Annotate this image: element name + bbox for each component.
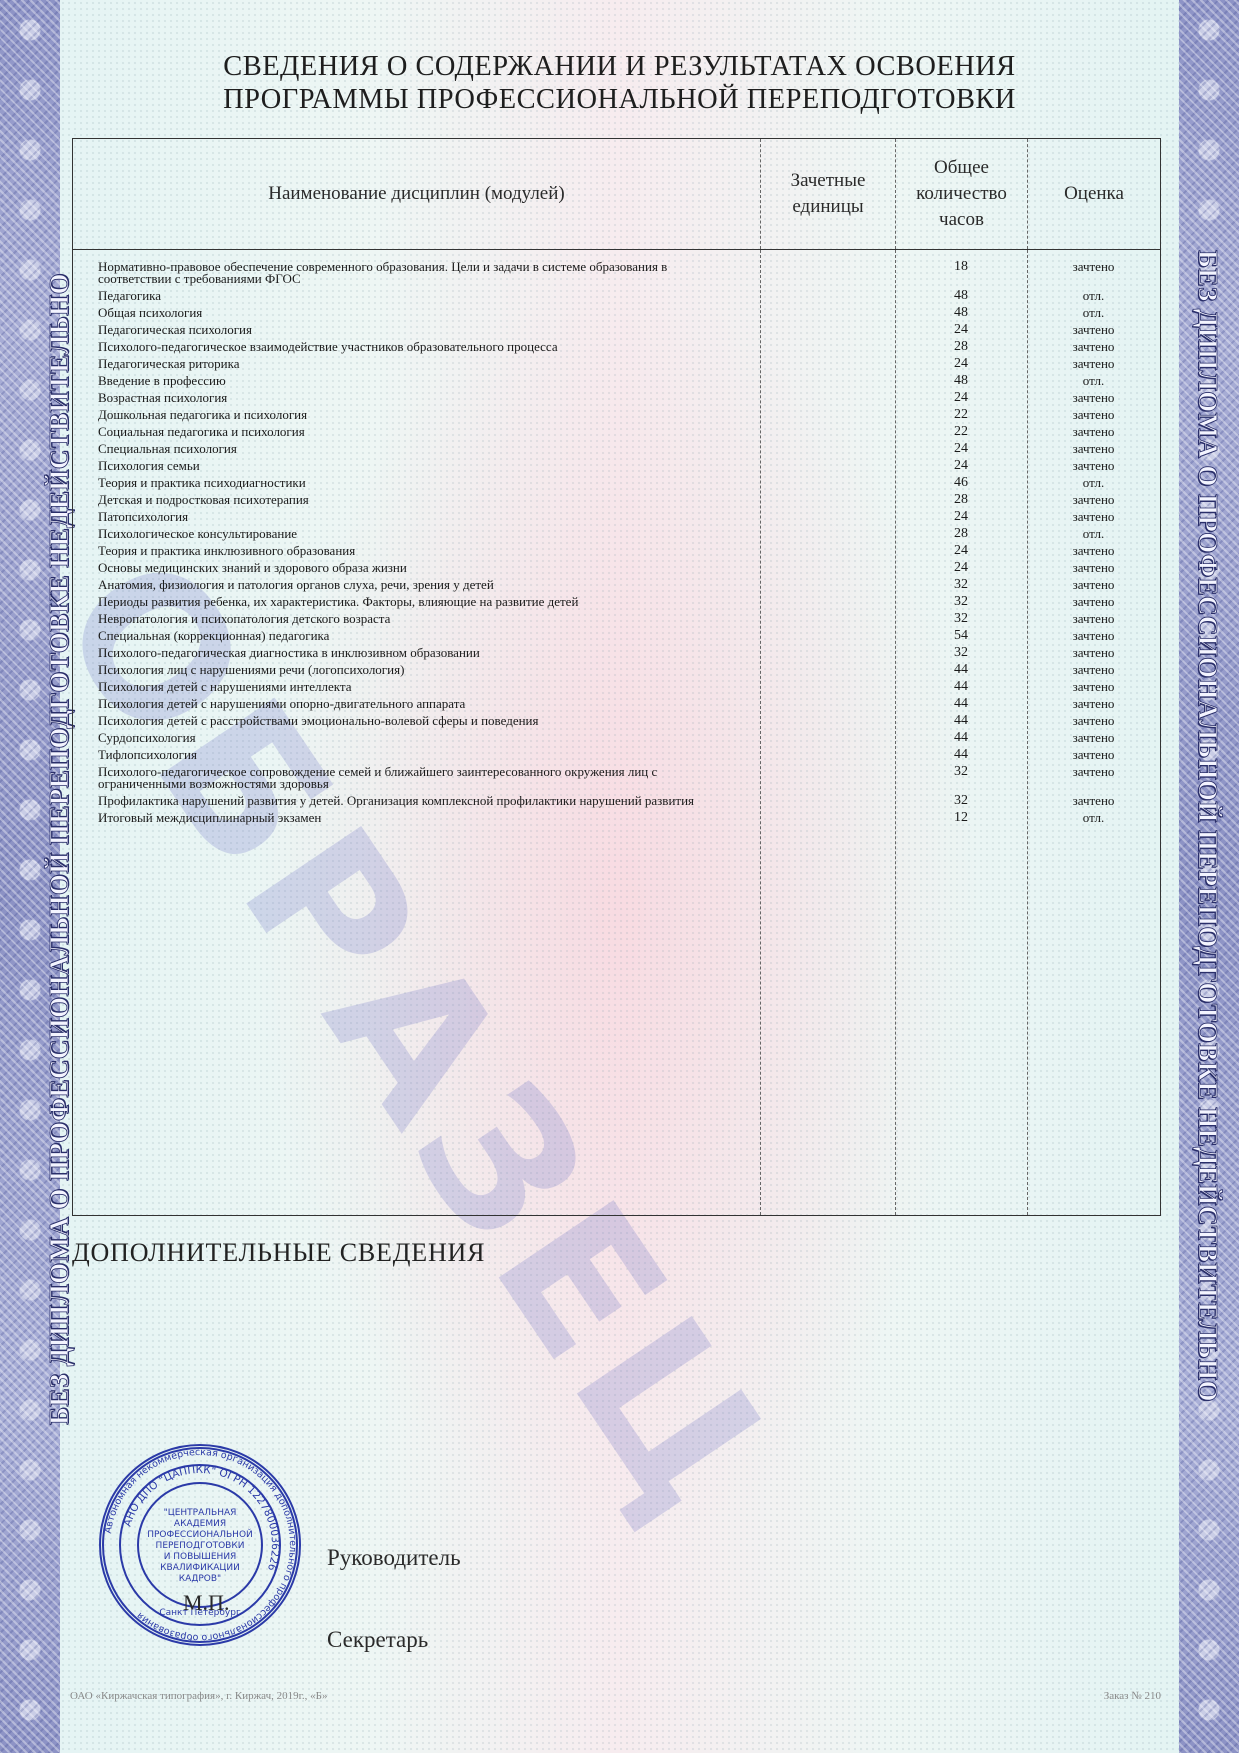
header-hours-line: Общее: [897, 155, 1026, 181]
table-row: Введение в профессию48отл.: [72, 375, 1160, 387]
grade: отл.: [1027, 812, 1160, 824]
total-hours: 18: [895, 261, 1027, 285]
svg-text:КАДРОВ": КАДРОВ": [179, 1574, 221, 1584]
credit-units: [760, 261, 895, 285]
order-number: Заказ № 210: [1104, 1690, 1161, 1702]
discipline-name: Возрастная психология: [72, 392, 742, 404]
credit-units: [760, 358, 895, 370]
table-row: Сурдопсихология44зачтено: [72, 732, 1160, 744]
credit-units: [760, 647, 895, 659]
grade: зачтено: [1027, 443, 1160, 455]
table-row: Теория и практика психодиагностики46отл.: [72, 477, 1160, 489]
table-row: Психолого-педагогическое взаимодействие …: [72, 341, 1160, 353]
credit-units: [760, 477, 895, 489]
svg-text:"ЦЕНТРАЛЬНАЯ: "ЦЕНТРАЛЬНАЯ: [164, 1508, 237, 1518]
table-row: Дошкольная педагогика и психология22зачт…: [72, 409, 1160, 421]
table-row: Анатомия, физиология и патология органов…: [72, 579, 1160, 591]
credit-units: [760, 562, 895, 574]
total-hours: 46: [895, 477, 1027, 489]
table-row: Периоды развития ребенка, их характерист…: [72, 596, 1160, 608]
grade: зачтено: [1027, 596, 1160, 608]
discipline-name: Педагогика: [72, 290, 742, 302]
table-row: Психология детей с нарушениями опорно-дв…: [72, 698, 1160, 710]
credit-units: [760, 545, 895, 557]
grade: зачтено: [1027, 647, 1160, 659]
table-row: Психолого-педагогическая диагностика в и…: [72, 647, 1160, 659]
credit-units: [760, 795, 895, 807]
grade: зачтено: [1027, 358, 1160, 370]
grade: отл.: [1027, 290, 1160, 302]
table-row: Специальная (коррекционная) педагогика54…: [72, 630, 1160, 642]
total-hours: 12: [895, 812, 1027, 824]
discipline-name: Дошкольная педагогика и психология: [72, 409, 742, 421]
header-credits-line: Зачетные: [762, 168, 894, 194]
grade: зачтено: [1027, 426, 1160, 438]
table-header-row: Наименование дисциплин (модулей) Зачетны…: [73, 139, 1161, 250]
total-hours: 24: [895, 392, 1027, 404]
table-row: Психолого-педагогическое сопровождение с…: [72, 766, 1160, 790]
total-hours: 32: [895, 795, 1027, 807]
total-hours: 24: [895, 460, 1027, 472]
total-hours: 44: [895, 664, 1027, 676]
discipline-name: Психология детей с нарушениями опорно-дв…: [72, 698, 742, 710]
table-row: Возрастная психология24зачтено: [72, 392, 1160, 404]
credit-units: [760, 528, 895, 540]
table-row: Теория и практика инклюзивного образован…: [72, 545, 1160, 557]
discipline-rows: Нормативно-правовое обеспечение современ…: [72, 261, 1160, 829]
svg-text:ПРОФЕССИОНАЛЬНОЙ: ПРОФЕССИОНАЛЬНОЙ: [147, 1528, 253, 1540]
table-row: Невропатология и психопатология детского…: [72, 613, 1160, 625]
discipline-name: Анатомия, физиология и патология органов…: [72, 579, 742, 591]
discipline-name: Психолого-педагогическое взаимодействие …: [72, 341, 742, 353]
table-row: Психологическое консультирование28отл.: [72, 528, 1160, 540]
grade: зачтено: [1027, 261, 1160, 285]
credit-units: [760, 664, 895, 676]
discipline-name: Теория и практика инклюзивного образован…: [72, 545, 742, 557]
header-total-hours: Общее количество часов: [896, 139, 1028, 250]
header-hours-line: часов: [897, 207, 1026, 233]
discipline-name: Психология лиц с нарушениями речи (логоп…: [72, 664, 742, 676]
credit-units: [760, 324, 895, 336]
right-security-border: БЕЗ ДИПЛОМА О ПРОФЕССИОНАЛЬНОЙ ПЕРЕПОДГО…: [1179, 0, 1239, 1753]
total-hours: 24: [895, 545, 1027, 557]
table-row: Психология детей с нарушениями интеллект…: [72, 681, 1160, 693]
discipline-name: Патопсихология: [72, 511, 742, 523]
grade: зачтено: [1027, 766, 1160, 790]
discipline-name: Детская и подростковая психотерапия: [72, 494, 742, 506]
svg-text:АКАДЕМИЯ: АКАДЕМИЯ: [174, 1519, 226, 1529]
total-hours: 28: [895, 528, 1027, 540]
total-hours: 32: [895, 596, 1027, 608]
discipline-name: Введение в профессию: [72, 375, 742, 387]
credit-units: [760, 443, 895, 455]
head-signature-label: Руководитель: [327, 1545, 461, 1571]
total-hours: 48: [895, 375, 1027, 387]
grade: отл.: [1027, 375, 1160, 387]
printer-imprint: ОАО «Киржачская типография», г. Киржач, …: [70, 1690, 328, 1702]
page-title-line-2: ПРОГРАММЫ ПРОФЕССИОНАЛЬНОЙ ПЕРЕПОДГОТОВК…: [12, 83, 1226, 116]
left-security-border: БЕЗ ДИПЛОМА О ПРОФЕССИОНАЛЬНОЙ ПЕРЕПОДГО…: [0, 0, 60, 1753]
discipline-name: Теория и практика психодиагностики: [72, 477, 742, 489]
discipline-name: Сурдопсихология: [72, 732, 742, 744]
svg-text:И ПОВЫШЕНИЯ: И ПОВЫШЕНИЯ: [164, 1552, 237, 1562]
discipline-name: Психологическое консультирование: [72, 528, 742, 540]
total-hours: 48: [895, 290, 1027, 302]
header-hours-line: количество: [897, 181, 1026, 207]
table-row: Основы медицинских знаний и здорового об…: [72, 562, 1160, 574]
total-hours: 28: [895, 341, 1027, 353]
discipline-name: Профилактика нарушений развития у детей.…: [72, 795, 742, 807]
discipline-name: Общая психология: [72, 307, 742, 319]
page-title: СВЕДЕНИЯ О СОДЕРЖАНИИ И РЕЗУЛЬТАТАХ ОСВО…: [12, 50, 1226, 116]
total-hours: 44: [895, 698, 1027, 710]
grade: зачтено: [1027, 494, 1160, 506]
grade: зачтено: [1027, 545, 1160, 557]
total-hours: 28: [895, 494, 1027, 506]
discipline-name: Основы медицинских знаний и здорового об…: [72, 562, 742, 574]
header-credits-line: единицы: [762, 194, 894, 220]
table-row: Психология детей с расстройствами эмоцио…: [72, 715, 1160, 727]
credit-units: [760, 341, 895, 353]
discipline-name: Невропатология и психопатология детского…: [72, 613, 742, 625]
grade: зачтено: [1027, 732, 1160, 744]
table-row: Психология семьи24зачтено: [72, 460, 1160, 472]
credit-units: [760, 511, 895, 523]
credit-units: [760, 732, 895, 744]
discipline-name: Психолого-педагогическая диагностика в и…: [72, 647, 742, 659]
total-hours: 44: [895, 732, 1027, 744]
credit-units: [760, 596, 895, 608]
discipline-name: Педагогическая психология: [72, 324, 742, 336]
grade: зачтено: [1027, 613, 1160, 625]
grade: зачтено: [1027, 715, 1160, 727]
credit-units: [760, 715, 895, 727]
grade: зачтено: [1027, 562, 1160, 574]
grade: зачтено: [1027, 460, 1160, 472]
credit-units: [760, 766, 895, 790]
grade: зачтено: [1027, 392, 1160, 404]
organization-seal: Автономная некоммерческая организация до…: [98, 1443, 302, 1647]
credit-units: [760, 460, 895, 472]
grade: зачтено: [1027, 664, 1160, 676]
total-hours: 32: [895, 766, 1027, 790]
credit-units: [760, 681, 895, 693]
discipline-name: Специальная психология: [72, 443, 742, 455]
discipline-name: Специальная (коррекционная) педагогика: [72, 630, 742, 642]
grade: зачтено: [1027, 324, 1160, 336]
discipline-name: Тифлопсихология: [72, 749, 742, 761]
grade: отл.: [1027, 307, 1160, 319]
credit-units: [760, 494, 895, 506]
table-row: Профилактика нарушений развития у детей.…: [72, 795, 1160, 807]
credit-units: [760, 579, 895, 591]
credit-units: [760, 375, 895, 387]
svg-text:КВАЛИФИКАЦИИ: КВАЛИФИКАЦИИ: [160, 1563, 240, 1573]
total-hours: 32: [895, 647, 1027, 659]
credit-units: [760, 307, 895, 319]
seal-place-label: М.П.: [183, 1590, 229, 1616]
discipline-name: Психология семьи: [72, 460, 742, 472]
additional-info-title: ДОПОЛНИТЕЛЬНЫЕ СВЕДЕНИЯ: [72, 1238, 485, 1268]
total-hours: 44: [895, 715, 1027, 727]
table-row: Педагогическая психология24зачтено: [72, 324, 1160, 336]
svg-text:ПЕРЕПОДГОТОВКИ: ПЕРЕПОДГОТОВКИ: [156, 1541, 245, 1551]
table-row: Нормативно-правовое обеспечение современ…: [72, 261, 1160, 285]
credit-units: [760, 812, 895, 824]
table-row: Педагогическая риторика24зачтено: [72, 358, 1160, 370]
discipline-name: Нормативно-правовое обеспечение современ…: [72, 261, 742, 285]
table-row: Общая психология48отл.: [72, 307, 1160, 319]
table-row: Психология лиц с нарушениями речи (логоп…: [72, 664, 1160, 676]
total-hours: 24: [895, 562, 1027, 574]
discipline-name: Психология детей с расстройствами эмоцио…: [72, 715, 742, 727]
grade: зачтено: [1027, 409, 1160, 421]
grade: зачтено: [1027, 795, 1160, 807]
table-row: Специальная психология24зачтено: [72, 443, 1160, 455]
credit-units: [760, 290, 895, 302]
header-credits: Зачетные единицы: [761, 139, 896, 250]
header-grade: Оценка: [1028, 139, 1161, 250]
total-hours: 32: [895, 579, 1027, 591]
discipline-name: Психолого-педагогическое сопровождение с…: [72, 766, 742, 790]
page-title-line-1: СВЕДЕНИЯ О СОДЕРЖАНИИ И РЕЗУЛЬТАТАХ ОСВО…: [12, 50, 1226, 83]
total-hours: 48: [895, 307, 1027, 319]
total-hours: 24: [895, 511, 1027, 523]
grade: зачтено: [1027, 698, 1160, 710]
credit-units: [760, 630, 895, 642]
grade: зачтено: [1027, 630, 1160, 642]
grade: зачтено: [1027, 749, 1160, 761]
total-hours: 24: [895, 324, 1027, 336]
header-discipline-name: Наименование дисциплин (модулей): [73, 139, 761, 250]
table-row: Патопсихология24зачтено: [72, 511, 1160, 523]
discipline-name: Психология детей с нарушениями интеллект…: [72, 681, 742, 693]
total-hours: 44: [895, 681, 1027, 693]
grade: зачтено: [1027, 511, 1160, 523]
table-row: Педагогика48отл.: [72, 290, 1160, 302]
grade: зачтено: [1027, 681, 1160, 693]
discipline-name: Педагогическая риторика: [72, 358, 742, 370]
table-row: Тифлопсихология44зачтено: [72, 749, 1160, 761]
credit-units: [760, 392, 895, 404]
left-border-caption: БЕЗ ДИПЛОМА О ПРОФЕССИОНАЛЬНОЙ ПЕРЕПОДГО…: [44, 273, 75, 1425]
credit-units: [760, 409, 895, 421]
discipline-name: Итоговый междисциплинарный экзамен: [72, 812, 742, 824]
discipline-name: Социальная педагогика и психология: [72, 426, 742, 438]
discipline-name: Периоды развития ребенка, их характерист…: [72, 596, 742, 608]
grade: отл.: [1027, 528, 1160, 540]
total-hours: 54: [895, 630, 1027, 642]
credit-units: [760, 698, 895, 710]
credit-units: [760, 749, 895, 761]
total-hours: 22: [895, 426, 1027, 438]
secretary-signature-label: Секретарь: [327, 1627, 428, 1653]
grade: отл.: [1027, 477, 1160, 489]
credit-units: [760, 613, 895, 625]
table-row: Итоговый междисциплинарный экзамен12отл.: [72, 812, 1160, 824]
grade: зачтено: [1027, 579, 1160, 591]
grade: зачтено: [1027, 341, 1160, 353]
total-hours: 22: [895, 409, 1027, 421]
table-row: Детская и подростковая психотерапия28зач…: [72, 494, 1160, 506]
table-row: Социальная педагогика и психология22зачт…: [72, 426, 1160, 438]
total-hours: 24: [895, 443, 1027, 455]
total-hours: 24: [895, 358, 1027, 370]
total-hours: 44: [895, 749, 1027, 761]
credit-units: [760, 426, 895, 438]
right-border-caption: БЕЗ ДИПЛОМА О ПРОФЕССИОНАЛЬНОЙ ПЕРЕПОДГО…: [1192, 250, 1223, 1402]
total-hours: 32: [895, 613, 1027, 625]
